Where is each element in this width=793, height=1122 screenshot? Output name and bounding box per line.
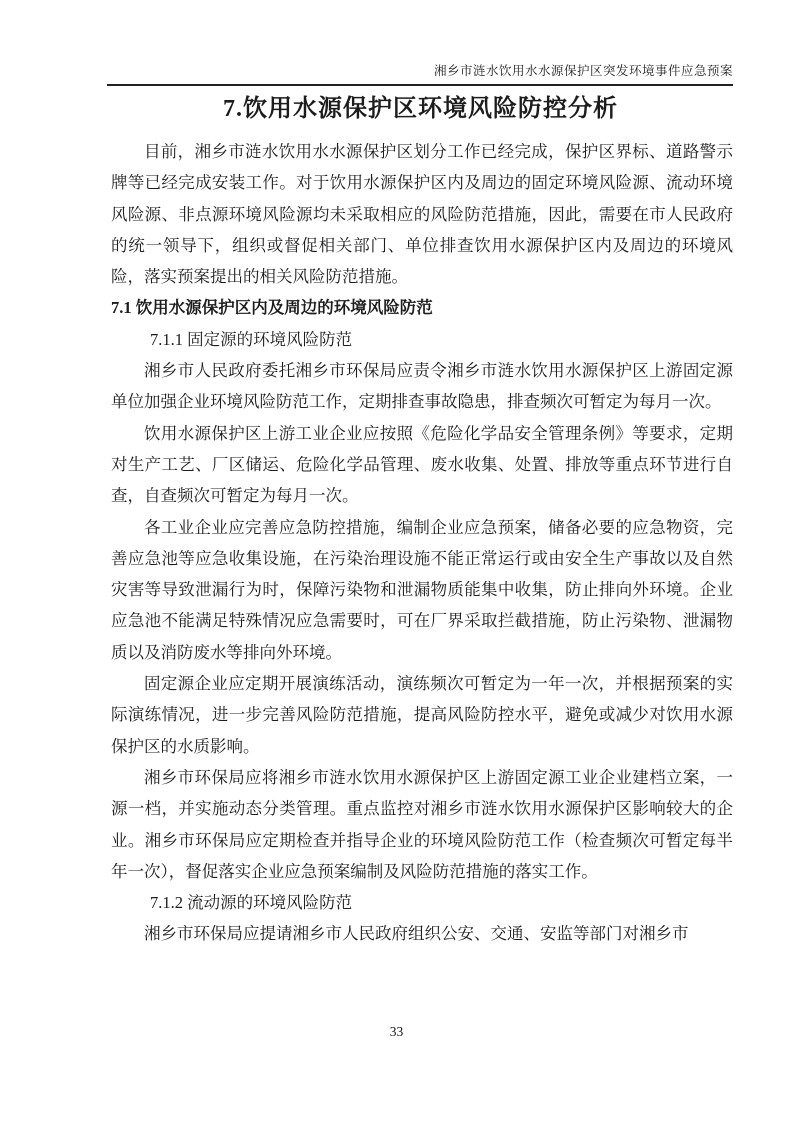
page-number: 33	[0, 1024, 793, 1040]
header-rule	[107, 84, 733, 86]
paragraph: 饮用水源保护区上游工业企业应按照《危险化学品安全管理条例》等要求，定期对生产工艺…	[111, 418, 733, 512]
subsection-heading: 7.1.2 流动源的环境风险防范	[111, 887, 733, 918]
document-body: 目前，湘乡市涟水饮用水水源保护区划分工作已经完成，保护区界标、道路警示牌等已经完…	[111, 136, 733, 950]
paragraph: 湘乡市环保局应将湘乡市涟水饮用水源保护区上游固定源工业企业建档立案，一源一档，并…	[111, 762, 733, 887]
paragraph: 固定源企业应定期开展演练活动，演练频次可暂定为一年一次，并根据预案的实际演练情况…	[111, 668, 733, 762]
subsection-heading: 7.1.1 固定源的环境风险防范	[111, 324, 733, 355]
paragraph: 湘乡市人民政府委托湘乡市环保局应责令湘乡市涟水饮用水源保护区上游固定源单位加强企…	[111, 355, 733, 418]
document-page: 湘乡市涟水饮用水水源保护区突发环境事件应急预案 7.饮用水源保护区环境风险防控分…	[0, 0, 793, 1122]
section-heading: 7.1 饮用水源保护区内及周边的环境风险防范	[111, 292, 733, 323]
page-header-title: 湘乡市涟水饮用水水源保护区突发环境事件应急预案	[108, 61, 733, 79]
paragraph: 各工业企业应完善应急防控措施，编制企业应急预案，储备必要的应急物资，完善应急池等…	[111, 512, 733, 668]
paragraph: 湘乡市环保局应提请湘乡市人民政府组织公安、交通、安监等部门对湘乡市	[111, 918, 733, 949]
paragraph: 目前，湘乡市涟水饮用水水源保护区划分工作已经完成，保护区界标、道路警示牌等已经完…	[111, 136, 733, 292]
document-title: 7.饮用水源保护区环境风险防控分析	[108, 90, 733, 128]
